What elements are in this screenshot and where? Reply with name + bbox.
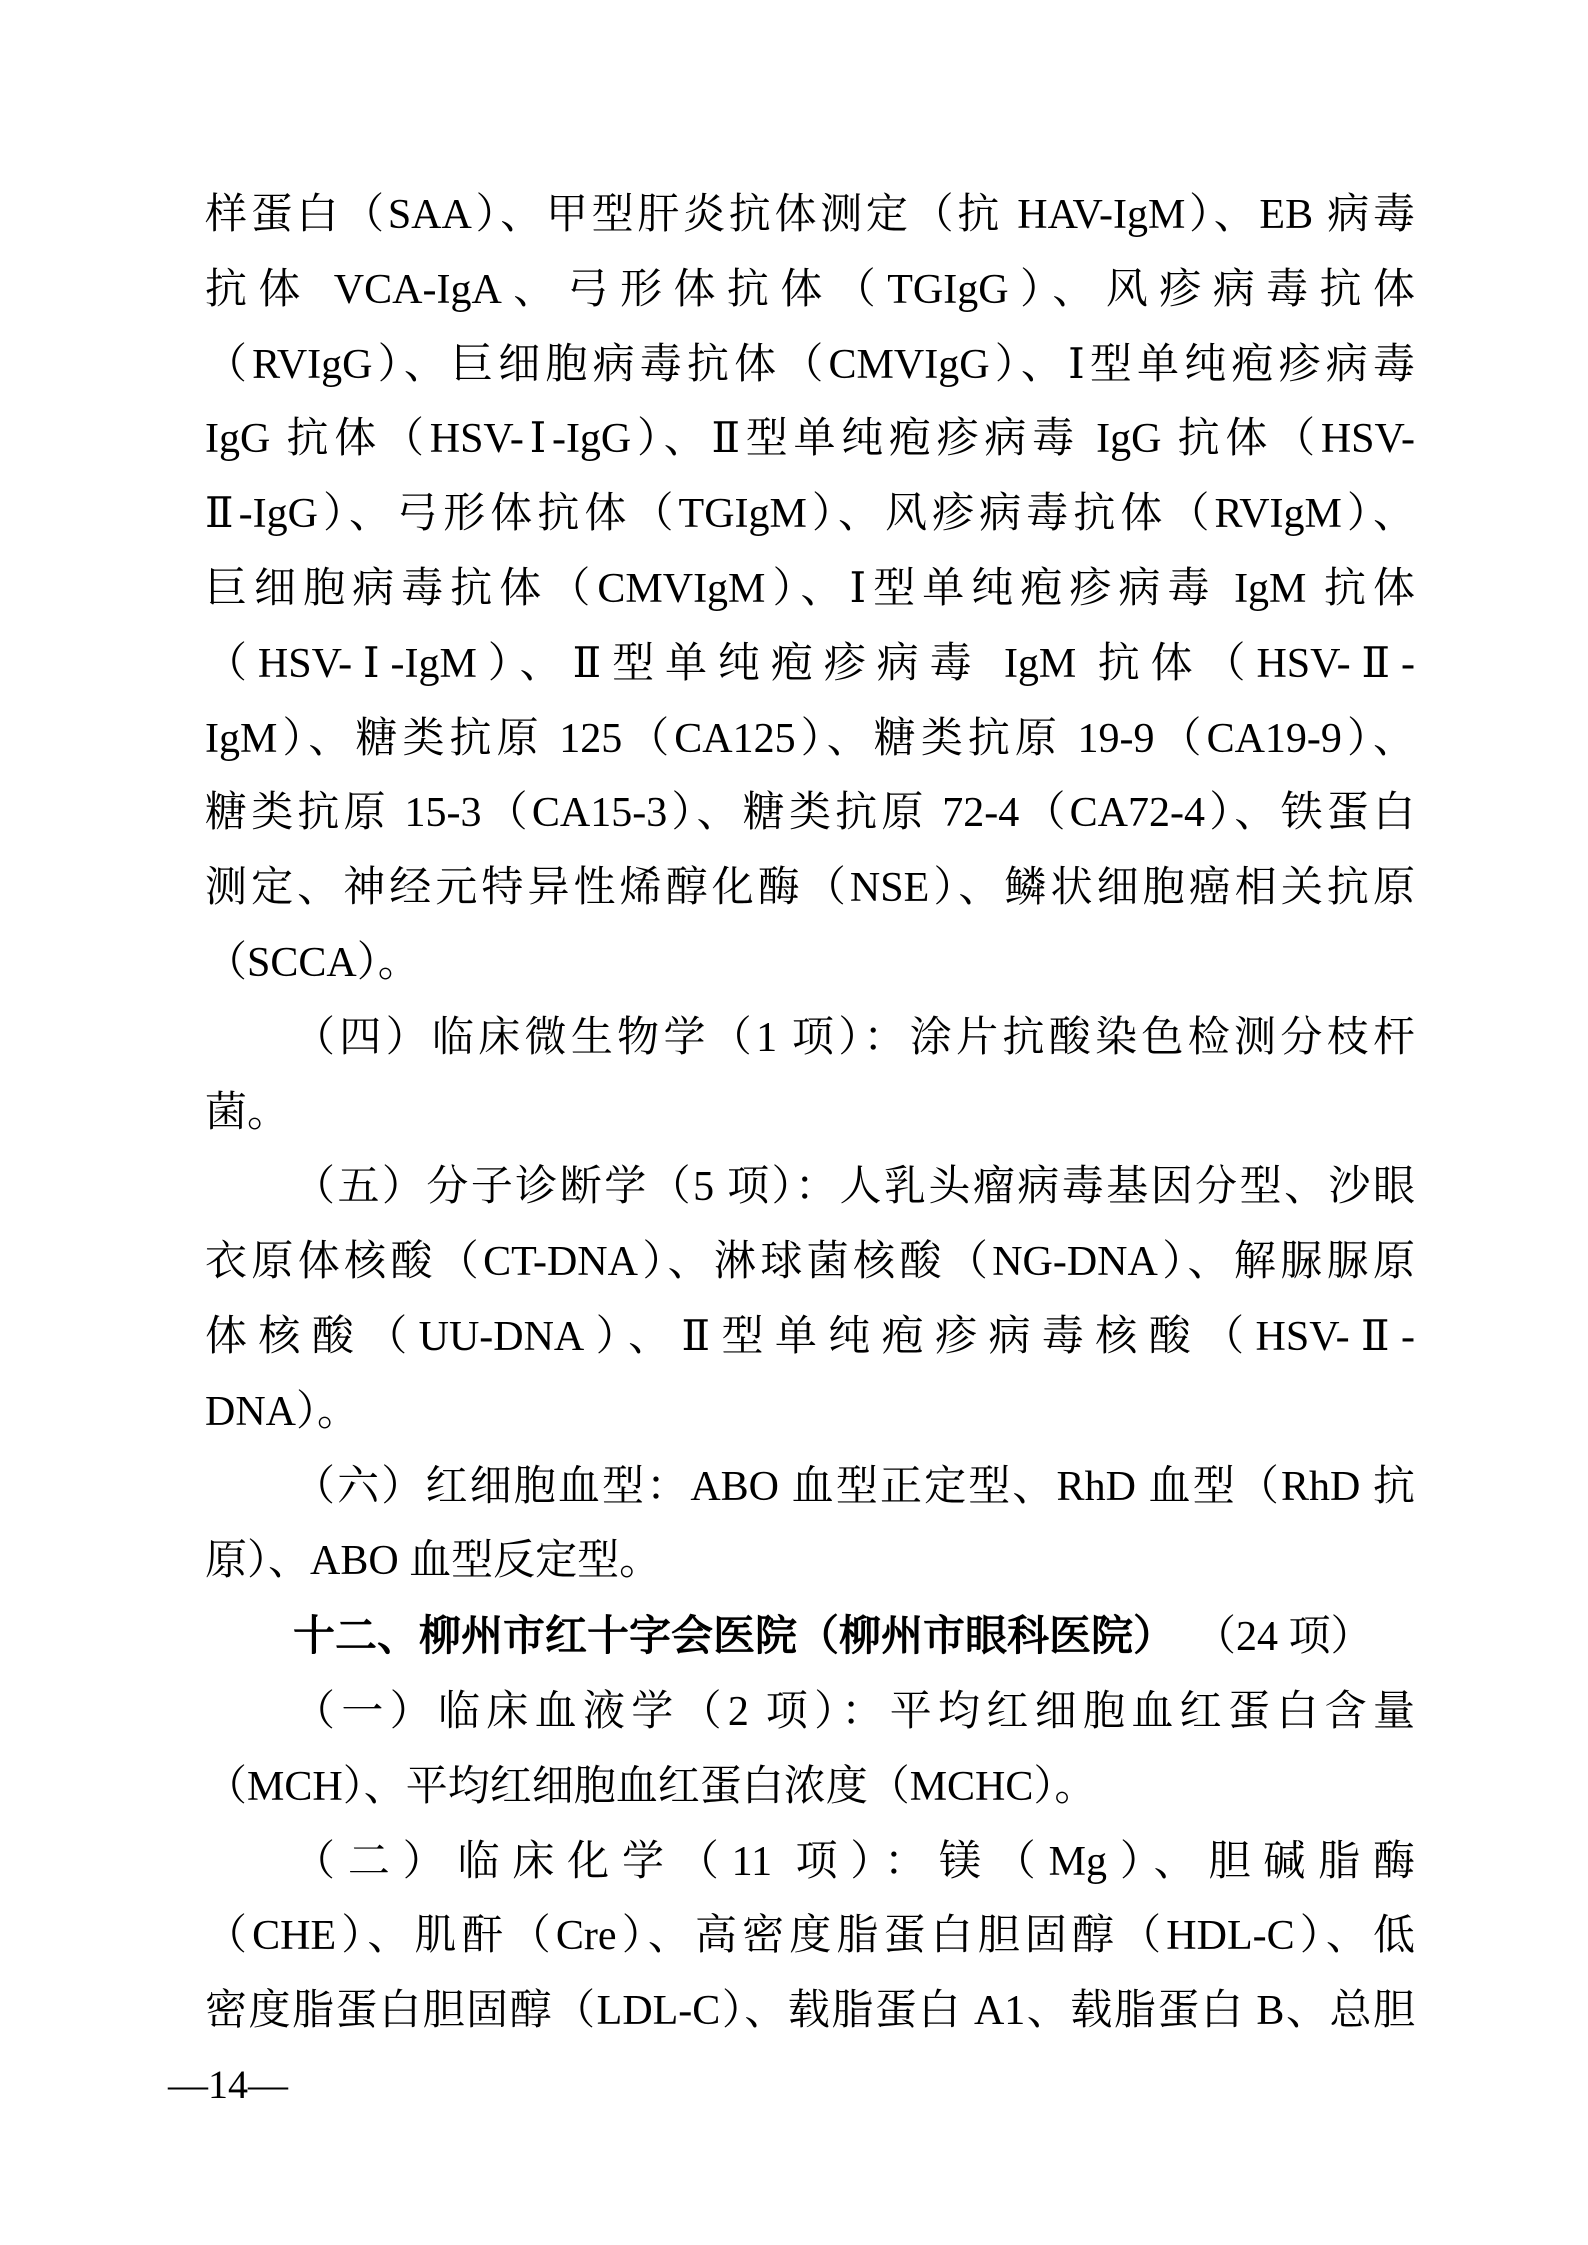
section-heading-item-count: （24 项）: [1215, 1614, 1373, 1660]
document-body: 样蛋白（SAA）、甲型肝炎抗体测定（抗 HAV-IgM）、EB 病毒 抗体 VC…: [205, 178, 1415, 2049]
text-line: （五）分子诊断学（5 项）：人乳头瘤病毒基因分型、沙眼: [205, 1150, 1415, 1225]
text-line: （二）临床化学（11 项）：镁（Mg）、胆碱脂酶: [205, 1825, 1415, 1900]
text-line: Ⅱ-IgG）、弓形体抗体（TGIgM）、风疹病毒抗体（RVIgM）、: [205, 477, 1415, 552]
text-line: 糖类抗原 15-3（CA15-3）、糖类抗原 72-4（CA72-4）、铁蛋白: [205, 776, 1415, 851]
text-line: 衣原体核酸（CT-DNA）、淋球菌核酸（NG-DNA）、解脲脲原: [205, 1225, 1415, 1300]
text-line: 样蛋白（SAA）、甲型肝炎抗体测定（抗 HAV-IgM）、EB 病毒: [205, 178, 1415, 253]
text-line: （HSV-Ⅰ-IgM）、Ⅱ型单纯疱疹病毒 IgM 抗体（HSV-Ⅱ-: [205, 627, 1415, 702]
text-line: （四）临床微生物学（1 项）：涂片抗酸染色检测分枝杆: [205, 1001, 1415, 1076]
text-line: 测定、神经元特异性烯醇化酶（NSE）、鳞状细胞癌相关抗原: [205, 851, 1415, 926]
document-page: 样蛋白（SAA）、甲型肝炎抗体测定（抗 HAV-IgM）、EB 病毒 抗体 VC…: [0, 0, 1588, 2245]
text-line: （CHE）、肌酐（Cre）、高密度脂蛋白胆固醇（HDL-C）、低: [205, 1899, 1415, 1974]
text-line: 体核酸（UU-DNA）、Ⅱ型单纯疱疹病毒核酸（HSV-Ⅱ-: [205, 1300, 1415, 1375]
section-heading: 十二、柳州市红十字会医院（柳州市眼科医院）（24 项）: [205, 1599, 1415, 1675]
text-line: IgM）、糖类抗原 125（CA125）、糖类抗原 19-9（CA19-9）、: [205, 702, 1415, 777]
section-heading-title: 十二、柳州市红十字会医院（柳州市眼科医院）: [293, 1611, 1175, 1660]
text-line: 密度脂蛋白胆固醇（LDL-C）、载脂蛋白 A1、载脂蛋白 B、总胆: [205, 1974, 1415, 2049]
text-line: 菌。: [205, 1076, 1415, 1151]
text-line: 抗体 VCA-IgA、弓形体抗体（TGIgG）、风疹病毒抗体: [205, 253, 1415, 328]
text-line: （MCH）、平均红细胞血红蛋白浓度（MCHC）。: [205, 1750, 1415, 1825]
text-line: 巨细胞病毒抗体（CMVIgM）、Ⅰ型单纯疱疹病毒 IgM 抗体: [205, 552, 1415, 627]
text-line: （SCCA）。: [205, 926, 1415, 1001]
text-line: （RVIgG）、巨细胞病毒抗体（CMVIgG）、Ⅰ型单纯疱疹病毒: [205, 328, 1415, 403]
page-number: —14—: [168, 2048, 288, 2123]
text-line: DNA）。: [205, 1375, 1415, 1450]
text-line: （六）红细胞血型：ABO 血型正定型、RhD 血型（RhD 抗: [205, 1450, 1415, 1525]
text-line: IgG 抗体（HSV-Ⅰ-IgG）、Ⅱ型单纯疱疹病毒 IgG 抗体（HSV-: [205, 402, 1415, 477]
text-line: 原）、ABO 血型反定型。: [205, 1524, 1415, 1599]
text-line: （一）临床血液学（2 项）：平均红细胞血红蛋白含量: [205, 1675, 1415, 1750]
